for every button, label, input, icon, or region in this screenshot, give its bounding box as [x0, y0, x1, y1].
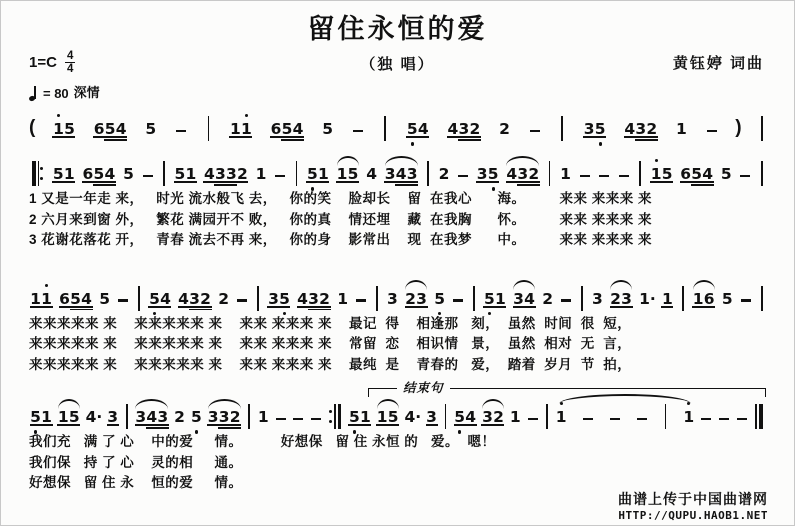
note-group — [736, 407, 748, 427]
note: 5 — [70, 289, 81, 309]
note-group: 1 — [662, 289, 673, 309]
beam-line — [417, 136, 429, 138]
beam-line — [68, 424, 80, 426]
barline — [760, 161, 764, 186]
barline — [548, 161, 552, 186]
note-group: 51 — [349, 407, 371, 427]
note-group — [310, 407, 322, 427]
duration-dash — [583, 418, 593, 420]
note-group — [636, 407, 648, 427]
note-group: 1 — [510, 407, 521, 427]
meta-row: 1=C 4 4 （独 唱） 黄钰婷 词曲 — [29, 49, 766, 73]
note — [579, 164, 591, 184]
note: 1 — [556, 407, 567, 427]
barline — [256, 286, 260, 311]
octave-dot-low — [311, 187, 314, 190]
note-group: 3 — [592, 289, 603, 309]
note: 2 — [542, 289, 553, 309]
augmentation-dot: · — [650, 289, 655, 309]
note: 3 — [226, 164, 237, 184]
lyrics-block: 我们充 满 了 心 中的爱 情。 好想保 留 住 永恒 的 爱。 嗯！我们保 持… — [29, 432, 766, 494]
note: 3 — [517, 164, 528, 184]
note-group: 1 — [560, 164, 571, 184]
barline — [760, 116, 764, 141]
note-group — [274, 164, 286, 184]
note: 3 — [635, 119, 646, 139]
note-group: 54 — [407, 119, 429, 139]
beam-line — [229, 424, 241, 426]
note-group — [598, 164, 610, 184]
beam-line — [104, 184, 116, 186]
barline — [383, 116, 387, 141]
note: 4 — [160, 289, 171, 309]
note — [274, 164, 286, 184]
note: 5 — [388, 407, 399, 427]
duration-dash — [458, 175, 468, 177]
note: 1 — [64, 164, 75, 184]
note: 1 — [377, 407, 388, 427]
note-group: 23 — [610, 289, 632, 309]
note: 1· — [639, 289, 655, 309]
note: 1 — [495, 289, 506, 309]
note-group: 1 — [683, 407, 694, 427]
note-group: 432 — [297, 289, 330, 309]
lyric-row: 我们充 满 了 心 中的爱 情。 好想保 留 住 永恒 的 爱。 嗯！ — [29, 432, 766, 453]
octave-dot-high — [57, 114, 60, 117]
duration-dash — [740, 175, 750, 177]
barline — [580, 286, 584, 311]
note-group — [718, 407, 730, 427]
beam-line — [426, 424, 438, 426]
note — [275, 407, 287, 427]
beam-line — [159, 306, 171, 308]
note: 5 — [30, 407, 41, 427]
lyric-row: 3 花谢花落花 开， 青春 流去不再 来， 你的身 影常出 现 在我梦 中。 来… — [29, 230, 766, 251]
note-group — [527, 407, 539, 427]
beam-line — [115, 139, 127, 141]
note: 5 — [69, 407, 80, 427]
note: 1 — [693, 289, 704, 309]
note: 5 — [348, 164, 359, 184]
duration-dash — [118, 299, 128, 301]
lyric-row: 来来来来来 来 来来来来来 来 来来 来来来 来 最纯 是 青春的 爱， 踏着 … — [29, 355, 766, 376]
note: 3 — [621, 289, 632, 309]
note-group: 654 — [94, 119, 127, 139]
barline — [664, 404, 668, 429]
beam-line — [63, 136, 75, 138]
note-group — [175, 119, 187, 139]
duration-dash — [737, 418, 747, 420]
note: 3 — [215, 164, 226, 184]
note: 3 — [458, 119, 469, 139]
note: 3 — [107, 407, 118, 427]
note-group — [582, 407, 594, 427]
note: 2 — [405, 289, 416, 309]
note — [457, 164, 469, 184]
note-group: 2 — [218, 289, 229, 309]
beam-line — [492, 424, 504, 426]
begin-repeat-barline — [31, 161, 44, 186]
note — [740, 289, 752, 309]
note-group: 23 — [405, 289, 427, 309]
note — [310, 407, 322, 427]
note: 4 — [447, 119, 458, 139]
note: 2 — [646, 119, 657, 139]
beam-line — [240, 136, 252, 138]
beam-line — [157, 427, 169, 429]
note-group: 1 — [556, 407, 567, 427]
note-group: 432 — [624, 119, 657, 139]
note: 1 — [662, 289, 673, 309]
note-group: 4 — [366, 164, 377, 184]
watermark-url: HTTP://QUPU.HAOB1.NET — [618, 509, 768, 522]
beam-line — [528, 184, 540, 186]
note: 4 — [396, 164, 407, 184]
note: 4· — [86, 407, 102, 427]
note: 4· — [404, 407, 420, 427]
barline — [560, 116, 564, 141]
note-group — [292, 407, 304, 427]
note: 3 — [308, 289, 319, 309]
note: 4 — [178, 289, 189, 309]
music-system: 1165455443223543213235513423231·1165来来来来… — [29, 273, 766, 376]
note-group: 51 — [53, 164, 75, 184]
note-group: 16 — [693, 289, 715, 309]
note: 5 — [307, 164, 318, 184]
duration-dash — [176, 130, 186, 132]
note: 4 — [418, 119, 429, 139]
note-group: 15 — [58, 407, 80, 427]
duration-dash — [353, 130, 363, 132]
barline — [375, 286, 379, 311]
barline — [162, 161, 166, 186]
beam-line — [702, 181, 714, 183]
beam-line — [594, 136, 606, 138]
note-group: 4332 — [204, 164, 248, 184]
augmentation-dot: · — [96, 407, 101, 427]
note — [142, 164, 154, 184]
lyrics-block: 1 又是一年走 来， 时光 流水般飞 去， 你的笑 脸却长 留 在我心 海。 来… — [29, 189, 766, 251]
duration-dash — [276, 418, 286, 420]
composer-credit: 黄钰婷 词曲 — [673, 52, 764, 73]
note: 2 — [493, 407, 504, 427]
duration-dash — [719, 418, 729, 420]
song-title: 留住永恒的爱 — [29, 7, 766, 46]
barline — [638, 161, 642, 186]
barline — [426, 161, 430, 186]
note: 6 — [82, 164, 93, 184]
note: 2 — [469, 119, 480, 139]
note: 3 — [387, 289, 398, 309]
tied-passage: 11 — [555, 404, 696, 427]
note: 3 — [189, 289, 200, 309]
lyric-row: 来来来来来 来 来来来来来 来 来来 来来来 来 最记 得 相逢那 刻， 虽然 … — [29, 314, 766, 335]
note: 3 — [135, 407, 146, 427]
note: 2 — [319, 289, 330, 309]
note-group: 343 — [135, 407, 168, 427]
note: 3 — [407, 164, 418, 184]
note-group: 432 — [447, 119, 480, 139]
repeat-dots — [329, 404, 333, 429]
note-group: 5 — [721, 164, 732, 184]
ending-label: 结束句 — [397, 380, 450, 396]
note-group: 654 — [59, 289, 92, 309]
note: 5 — [123, 164, 134, 184]
beam-line — [319, 306, 331, 308]
note: 5 — [53, 164, 64, 184]
note: 1 — [241, 119, 252, 139]
beam-line — [524, 306, 536, 308]
note-group: 654 — [82, 164, 115, 184]
note-group — [529, 119, 541, 139]
octave-dot-high — [245, 114, 248, 117]
note-group: 5 — [322, 119, 333, 139]
note-group: 2 — [499, 119, 510, 139]
octave-dot-high — [687, 402, 690, 405]
note: 5 — [174, 164, 185, 184]
repeat-dots — [40, 161, 44, 186]
octave-dot-low — [411, 142, 414, 145]
note — [618, 164, 630, 184]
octave-dot-high — [45, 284, 48, 287]
beam-line — [81, 309, 93, 311]
note: 1 — [41, 407, 52, 427]
duration-dash — [530, 130, 540, 132]
octave-dot-low — [492, 187, 495, 190]
note-group: 5 — [123, 164, 134, 184]
note-group: 5 — [722, 289, 733, 309]
note: 6 — [59, 289, 70, 309]
note-group — [740, 289, 752, 309]
note-group: 3 — [107, 407, 118, 427]
note-group — [618, 164, 630, 184]
barline — [247, 404, 251, 429]
note — [352, 119, 364, 139]
beam-line — [661, 181, 673, 183]
note: 2 — [610, 289, 621, 309]
note-group — [457, 164, 469, 184]
note: 5 — [595, 119, 606, 139]
note: 2 — [174, 407, 185, 427]
duration-dash — [528, 418, 538, 420]
note-group: 4· — [404, 407, 420, 427]
staff-line: (156545116545544322354321) — [29, 103, 766, 139]
music-area: (156545116545544322354321)51654551433215… — [29, 103, 766, 494]
note: 2 — [237, 164, 248, 184]
duration-dash — [143, 175, 153, 177]
note-group: 3 — [426, 407, 437, 427]
note-group — [352, 119, 364, 139]
beam-line — [702, 184, 714, 186]
note-group: 35 — [268, 289, 290, 309]
note: 5 — [105, 119, 116, 139]
note-group — [142, 164, 154, 184]
note — [706, 119, 718, 139]
note — [718, 407, 730, 427]
note-group: 432 — [506, 164, 539, 184]
note: 2 — [438, 164, 449, 184]
note — [527, 407, 539, 427]
barline — [760, 286, 764, 311]
duration-dash — [356, 299, 366, 301]
beam-line — [236, 181, 248, 183]
note: 5 — [722, 289, 733, 309]
note: 5 — [322, 119, 333, 139]
note: 1 — [560, 164, 571, 184]
note — [739, 164, 751, 184]
note — [529, 119, 541, 139]
beam-line — [359, 424, 371, 426]
note: 1 — [58, 407, 69, 427]
duration-dash — [275, 175, 285, 177]
note: 3 — [482, 407, 493, 427]
beam-line — [104, 181, 116, 183]
quarter-note-icon — [29, 85, 38, 101]
beam-line — [81, 306, 93, 308]
note — [582, 407, 594, 427]
note-group — [236, 289, 248, 309]
note: 5 — [407, 119, 418, 139]
end-repeat-barline — [329, 404, 342, 429]
beam-line — [469, 136, 481, 138]
note-group — [117, 289, 129, 309]
barline — [681, 286, 685, 311]
lyric-row: 我们保 持 了 心 灵的相 通。 — [29, 453, 766, 474]
note — [117, 289, 129, 309]
note: 1 — [318, 164, 329, 184]
beam-line — [317, 181, 329, 183]
beam-line — [661, 306, 673, 308]
note: 5 — [662, 164, 673, 184]
beam-line — [469, 139, 481, 141]
octave-dot-low — [34, 430, 37, 433]
note: 1 — [337, 164, 348, 184]
note: 4 — [366, 164, 377, 184]
note-group: 1 — [337, 289, 348, 309]
note: 5 — [149, 289, 160, 309]
note-group: 51 — [30, 407, 52, 427]
barline — [137, 286, 141, 311]
beam-line — [41, 306, 53, 308]
note: 3 — [477, 164, 488, 184]
note-group — [275, 407, 287, 427]
note — [175, 119, 187, 139]
beam-line — [416, 306, 428, 308]
note: 1 — [41, 289, 52, 309]
note-group — [609, 407, 621, 427]
note: 1 — [337, 289, 348, 309]
beam-line — [406, 184, 418, 186]
beam-line — [406, 181, 418, 183]
note-group: 343 — [385, 164, 418, 184]
note-group — [560, 289, 572, 309]
note: 5 — [691, 164, 702, 184]
note: 5 — [484, 289, 495, 309]
note-group: 432 — [178, 289, 211, 309]
beam-line — [292, 139, 304, 141]
duration-dash — [453, 299, 463, 301]
note: 1 — [360, 407, 371, 427]
note: 5 — [488, 164, 499, 184]
note-group: 654 — [271, 119, 304, 139]
note: 2 — [200, 289, 211, 309]
barline — [125, 404, 129, 429]
note: 4 — [146, 407, 157, 427]
note: 4 — [624, 119, 635, 139]
duration-dash — [610, 418, 620, 420]
note-group: 15 — [377, 407, 399, 427]
note: 2 — [218, 289, 229, 309]
note: 5 — [454, 407, 465, 427]
duration-dash — [599, 175, 609, 177]
note: 4 — [524, 289, 535, 309]
watermark-site: 曲谱上传于中国曲谱网 — [618, 489, 768, 509]
barline — [444, 404, 448, 429]
staff-line: 5165455143321511543432354321156545 — [29, 148, 766, 184]
note: 5 — [99, 289, 110, 309]
beam-line — [185, 181, 197, 183]
beam-line — [229, 427, 241, 429]
note: 6 — [680, 164, 691, 184]
note: 3 — [584, 119, 595, 139]
note: 6 — [94, 119, 105, 139]
note: 2 — [230, 407, 241, 427]
note-group: 15 — [651, 164, 673, 184]
note: 3 — [416, 289, 427, 309]
note-group — [706, 119, 718, 139]
note: 4 — [297, 289, 308, 309]
parenthesis: ( — [29, 116, 35, 139]
barline — [295, 161, 299, 186]
note — [736, 407, 748, 427]
octave-dot-high — [560, 402, 563, 405]
note-group: 54 — [149, 289, 171, 309]
tempo-marking: = 80 深情 — [29, 83, 766, 101]
beam-line — [387, 424, 399, 426]
octave-dot-low — [153, 312, 156, 315]
note: 5 — [434, 289, 445, 309]
duration-dash — [237, 299, 247, 301]
barline — [472, 286, 476, 311]
beam-line — [200, 309, 212, 311]
octave-dot-low — [353, 430, 356, 433]
note: 5 — [191, 407, 202, 427]
note: 1 — [651, 164, 662, 184]
note-group: 654 — [680, 164, 713, 184]
beam-line — [107, 424, 119, 426]
beam-line — [347, 181, 359, 183]
beam-line — [63, 181, 75, 183]
final-barline — [754, 404, 763, 429]
note-group: 15 — [53, 119, 75, 139]
note: 4 — [293, 119, 304, 139]
note: 5 — [349, 407, 360, 427]
duration-dash — [561, 299, 571, 301]
note: 3 — [268, 289, 279, 309]
note: 3 — [385, 164, 396, 184]
lyric-row: 2 六月来到窗 外， 繁花 满园开不 败， 你的真 情还埋 藏 在我胸 怀。 来… — [29, 210, 766, 231]
octave-dot-high — [655, 159, 658, 162]
beam-line — [115, 136, 127, 138]
beam-line — [703, 306, 715, 308]
note: 6 — [271, 119, 282, 139]
note-group: 2 — [438, 164, 449, 184]
duration-dash — [293, 418, 303, 420]
note-group: 5 — [99, 289, 110, 309]
beam-line — [528, 181, 540, 183]
note: 4 — [465, 407, 476, 427]
note: 4 — [702, 164, 713, 184]
